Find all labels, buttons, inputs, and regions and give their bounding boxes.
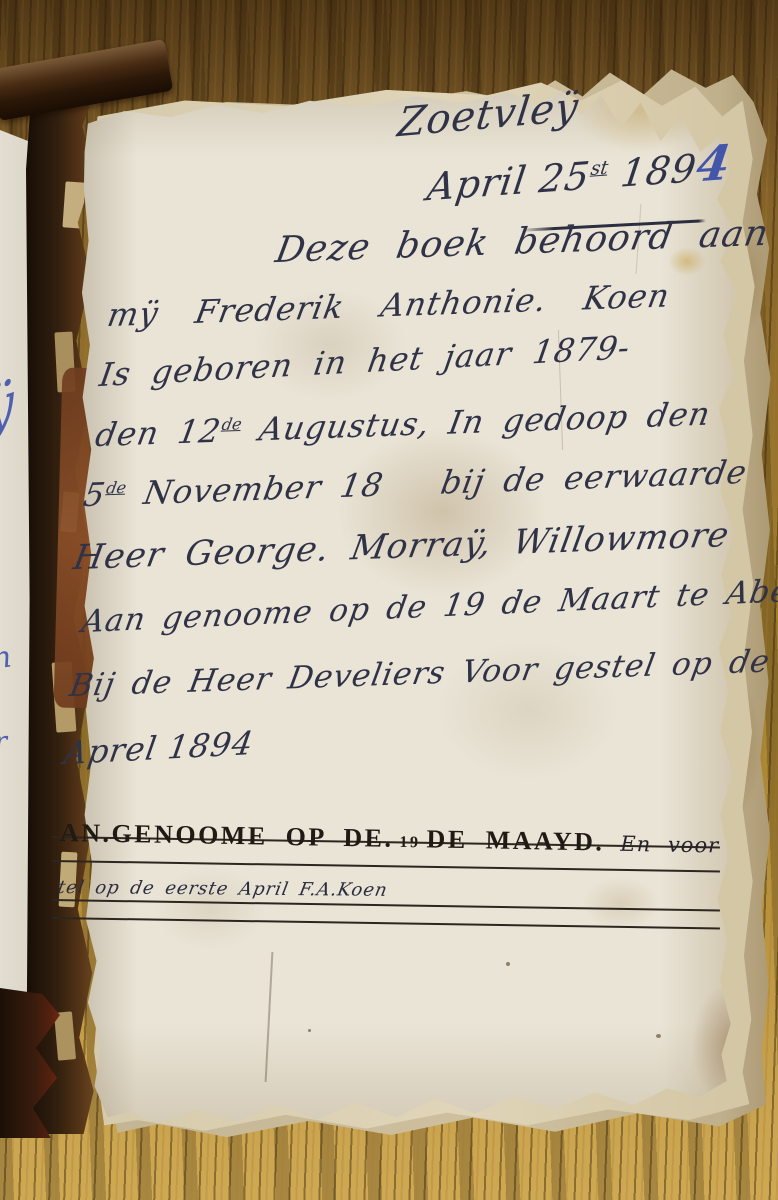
blue-ink-fragment: r xyxy=(0,725,9,759)
caps-text: AN.GENOOME OP DE. xyxy=(60,818,394,853)
caps-rest: DE MAAYD. xyxy=(426,824,604,856)
line-signature: tel op de eerste April F.A.Koen xyxy=(56,877,390,901)
photo-of-old-book-page: ÿ n r Zoetvleÿ April 25st1894 Deze boek … xyxy=(0,0,778,1200)
paper-crack xyxy=(265,952,274,1082)
paper-speck xyxy=(506,962,510,966)
date-text: April 25 xyxy=(424,153,593,209)
caps-number: 19 xyxy=(399,834,420,851)
paper-speck xyxy=(308,1029,311,1032)
caps-cursive-tail: En voor xyxy=(620,832,719,858)
blue-ink-fragment: ÿ xyxy=(0,369,16,446)
date-year: 189 xyxy=(618,146,700,196)
date-ordinal: st xyxy=(589,157,609,180)
birth-date-text: den 12 xyxy=(93,412,225,455)
blue-ink-fragment: n xyxy=(0,639,14,676)
paper-speck xyxy=(656,1034,661,1038)
